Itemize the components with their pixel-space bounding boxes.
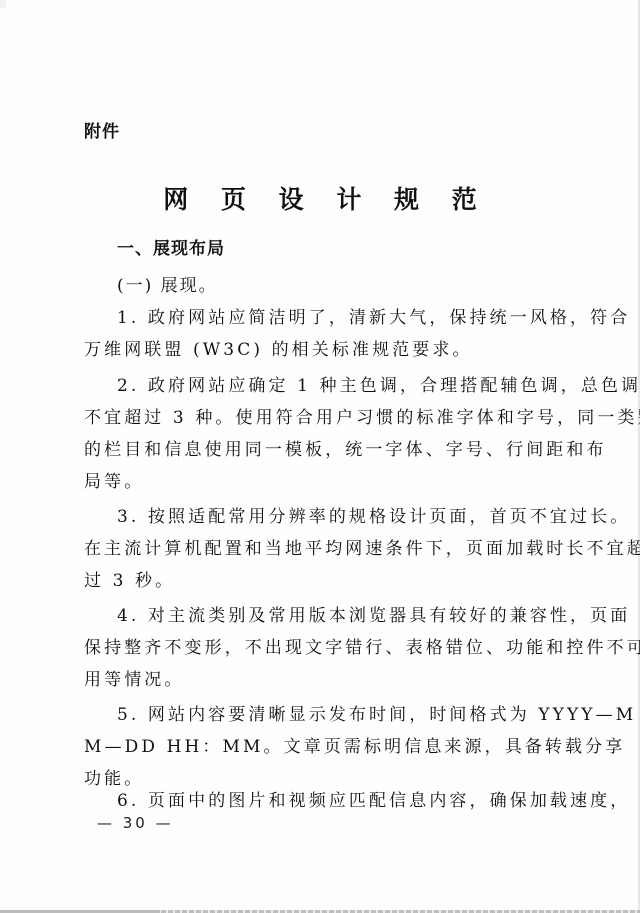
paragraph-6-line-1: 6. 页面中的图片和视频应匹配信息内容，确保加载速度， bbox=[117, 790, 556, 812]
paragraph-1-line-1: 1. 政府网站应简洁明了，清新大气，保持统一风格，符合 bbox=[117, 307, 556, 329]
page-number: — 30 — bbox=[97, 814, 174, 832]
sub-heading: (一) 展现。 bbox=[117, 271, 218, 296]
paragraph-5-line-1: 5. 网站内容要清晰显示发布时间，时间格式为 YYYY—M bbox=[117, 704, 556, 726]
paragraph-4-line-1: 4. 对主流类别及常用版本浏览器具有较好的兼容性，页面 bbox=[117, 605, 556, 627]
paragraph-2-line-4: 局等。 bbox=[84, 471, 556, 493]
paragraph-1-line-2: 万维网联盟 (W3C) 的相关标准规范要求。 bbox=[84, 339, 556, 361]
paragraph-2-line-1: 2. 政府网站应确定 1 种主色调，合理搭配辅色调，总色调 bbox=[117, 375, 556, 397]
paragraph-3-line-2: 在主流计算机配置和当地平均网速条件下，页面加载时长不宜超 bbox=[84, 538, 556, 560]
scan-corner-mark bbox=[0, 0, 6, 8]
paragraph-5-line-3: 功能。 bbox=[84, 768, 556, 790]
paragraph-2-line-2: 不宜超过 3 种。使用符合用户习惯的标准字体和字号，同一类别 bbox=[84, 407, 556, 429]
document-title: 网 页 设 计 规 范 bbox=[0, 180, 640, 216]
paragraph-3-line-1: 3. 按照适配常用分辨率的规格设计页面，首页不宜过长。 bbox=[117, 506, 556, 528]
paragraph-2-line-3: 的栏目和信息使用同一模板，统一字体、字号、行间距和布 bbox=[84, 439, 556, 461]
document-page: 附件 网 页 设 计 规 范 一、展现布局 (一) 展现。 1. 政府网站应简洁… bbox=[0, 0, 640, 913]
paragraph-3-line-3: 过 3 秒。 bbox=[84, 570, 556, 592]
paragraph-4-line-2: 保持整齐不变形，不出现文字错行、表格错位、功能和控件不可 bbox=[84, 637, 556, 659]
paragraph-4-line-3: 用等情况。 bbox=[84, 669, 556, 691]
attachment-label: 附件 bbox=[84, 117, 120, 142]
section-heading: 一、展现布局 bbox=[117, 234, 225, 259]
paragraph-5-line-2: M—DD HH：MM。文章页需标明信息来源，具备转载分享 bbox=[84, 736, 556, 758]
